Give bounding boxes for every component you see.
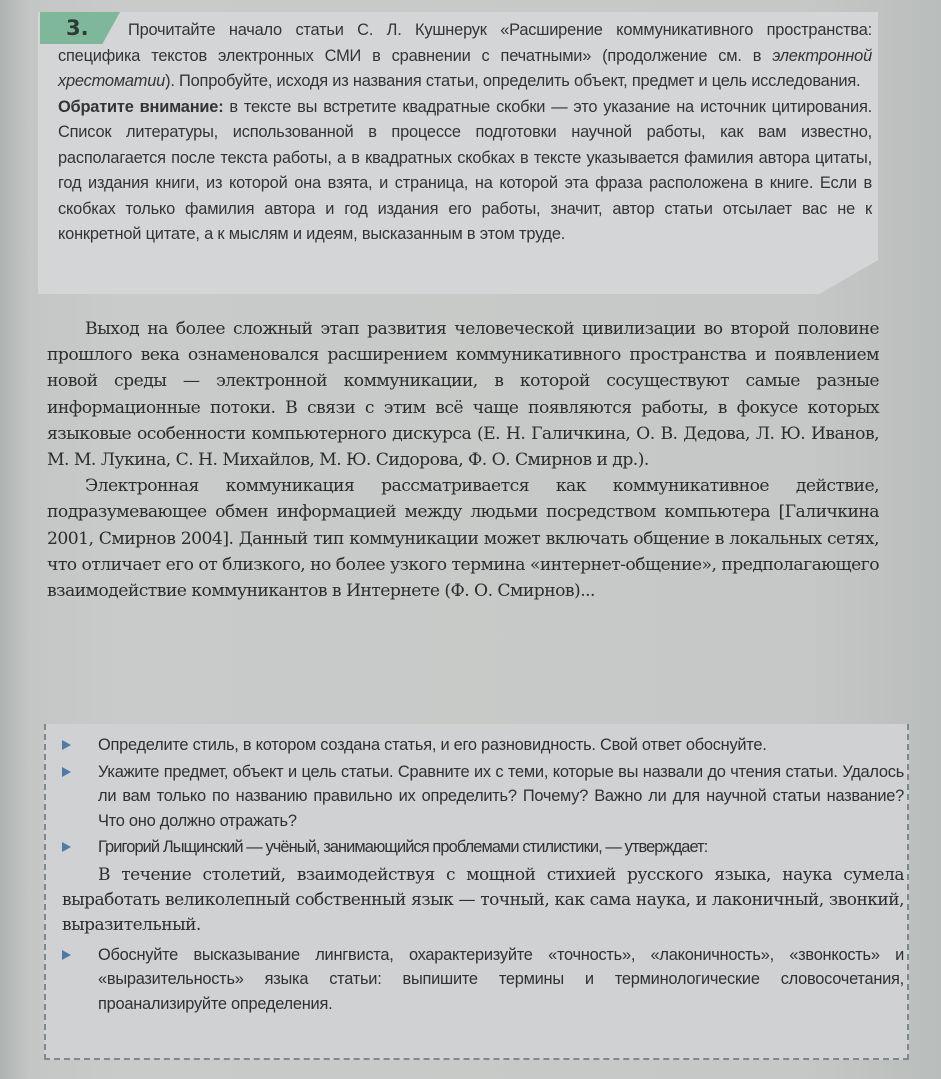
question-item: Укажите предмет, объект и цель статьи. С… <box>62 760 904 834</box>
question-item: Обоснуйте высказывание лингвиста, охарак… <box>62 943 904 1017</box>
article-paragraph: Электронная коммуникация рассматривается… <box>47 473 879 604</box>
question-text: Укажите предмет, объект и цель статьи. С… <box>98 763 904 830</box>
questions-list: Определите стиль, в котором создана стат… <box>62 733 904 1018</box>
article-paragraph: Выход на более сложный этап развития чел… <box>47 316 879 473</box>
question-text: Григорий Лыщинский — учёный, занимающийс… <box>98 838 707 856</box>
question-text: Обоснуйте высказывание лингвиста, охарак… <box>98 946 904 1013</box>
note-label: Обратите внимание: <box>58 98 223 116</box>
linguist-quote: В течение столетий, взаимодействуя с мощ… <box>62 863 904 938</box>
triangle-bullet-icon <box>62 767 71 777</box>
question-item: Определите стиль, в котором создана стат… <box>62 733 904 758</box>
article-excerpt: Выход на более сложный этап развития чел… <box>47 316 879 604</box>
task-intro-end: ). Попробуйте, исходя из названия статьи… <box>165 72 860 90</box>
quote-text: В течение столетий, взаимодействуя с мощ… <box>62 865 904 935</box>
triangle-bullet-icon <box>62 842 71 852</box>
triangle-bullet-icon <box>62 950 71 960</box>
question-item: Григорий Лыщинский — учёный, занимающийс… <box>62 835 904 860</box>
note-text: в тексте вы встретите квадратные скобки … <box>58 98 872 244</box>
task-intro: Прочитайте начало статьи С. Л. Кушнерук … <box>58 21 872 65</box>
triangle-bullet-icon <box>62 740 71 750</box>
question-text: Определите стиль, в котором создана стат… <box>98 736 767 754</box>
task-instructions: Прочитайте начало статьи С. Л. Кушнерук … <box>58 18 872 248</box>
